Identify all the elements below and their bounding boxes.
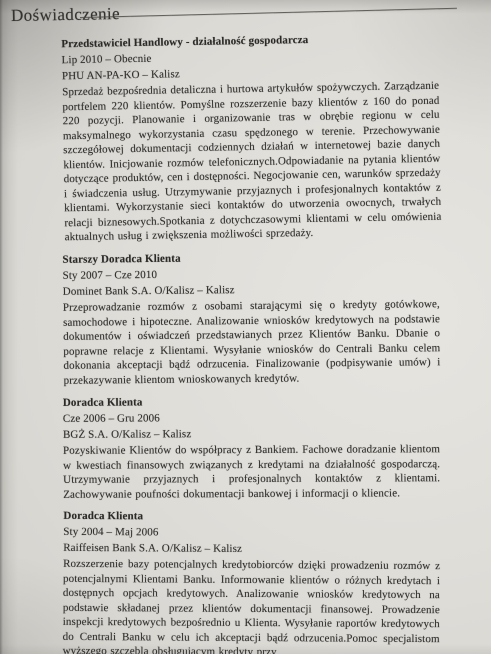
job-company: Raiffeisen Bank S.A. O/Kalisz – Kalisz (63, 539, 440, 557)
experience-entry: Doradca Klienta Cze 2006 – Gru 2006 BGŻ … (63, 393, 440, 502)
job-dates: Sty 2004 – Maj 2006 (63, 523, 440, 541)
job-title: Doradca Klienta (63, 393, 440, 411)
experience-entry: Przedstawiciel Handlowy - działalność go… (61, 30, 442, 245)
job-company: Dominet Bank S.A. O/Kalisz – Kalisz (63, 280, 440, 300)
cv-document-photo: Doświadczenie Przedstawiciel Handlowy - … (0, 0, 491, 654)
experience-entry: Starszy Doradca Klienta Sty 2007 – Cze 2… (62, 248, 440, 388)
job-company: BGŻ S.A. O/Kalisz – Kalisz (63, 425, 440, 443)
job-description: Sprzedaż bezpośrednia detaliczna i hurto… (62, 79, 442, 245)
job-dates: Cze 2006 – Gru 2006 (63, 409, 440, 427)
job-description: Pozyskiwanie Klientów do współpracy z Ba… (63, 442, 440, 502)
experience-list: Przedstawiciel Handlowy - działalność go… (63, 33, 440, 654)
job-description: Rozszerzenie bazy potencjalnych kredytob… (63, 556, 441, 654)
job-description: Przeprowadzanie rozmów z osobami starają… (63, 297, 441, 388)
section-title: Doświadczenie (11, 4, 120, 26)
section-title-rule (80, 8, 457, 18)
experience-entry: Doradca Klienta Sty 2004 – Maj 2006 Raif… (63, 507, 441, 654)
job-title: Doradca Klienta (63, 507, 440, 525)
